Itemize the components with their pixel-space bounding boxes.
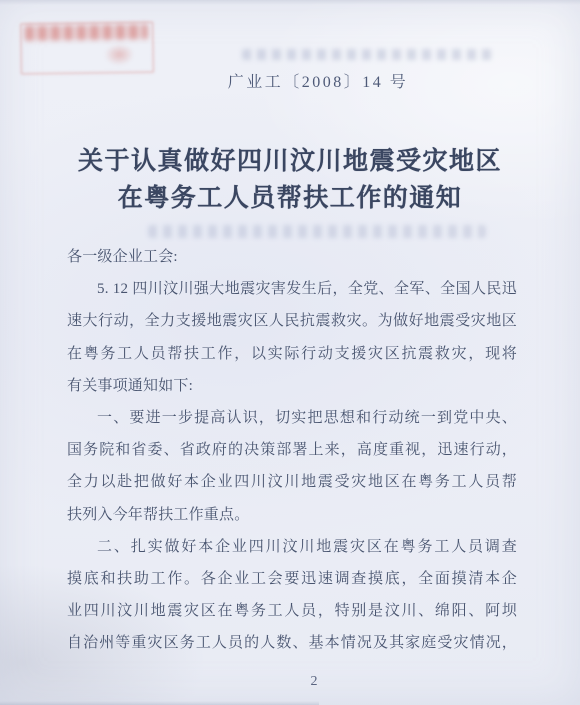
body-text: 各一级企业工会: 5. 12 四川汶川强大地震灾害发生后，全党、全军、全国人民迅…: [67, 241, 517, 660]
body-line: 有关事项通知如下:: [67, 370, 517, 402]
document-page: 广业工〔2008〕14 号 关于认真做好四川汶川地震受灾地区 在粤务工人员帮扶工…: [0, 0, 580, 705]
body-line: 5. 12 四川汶川强大地震灾害发生后，全党、全军、全国人民迅: [67, 273, 517, 305]
body-line: 国务院和省委、省政府的决策部署上来，高度重视，迅速行动，: [67, 434, 517, 466]
document-title-line2: 在粤务工人员帮扶工作的通知: [30, 180, 550, 217]
body-line: 自治州等重灾区务工人员的人数、基本情况及其家庭受灾情况，: [67, 627, 517, 659]
red-stamp: [16, 11, 157, 77]
salutation: 各一级企业工会:: [67, 241, 517, 273]
bleedthrough-mark: [242, 49, 492, 60]
body-line: 二、扎实做好本企业四川汶川地震灾区在粤务工人员调查: [67, 531, 517, 563]
body-line: 摸底和扶助工作。各企业工会要迅速调查摸底，全面摸清本企: [67, 563, 517, 595]
body-line: 一、要进一步提高认识，切实把思想和行动统一到党中央、: [67, 402, 517, 434]
body-line: 在粤务工人员帮扶工作，以实际行动支援灾区抗震救灾，现将: [67, 338, 517, 370]
document-title: 关于认真做好四川汶川地震受灾地区 在粤务工人员帮扶工作的通知: [30, 143, 550, 217]
bleedthrough-mark: [148, 225, 486, 238]
document-number: 广业工〔2008〕14 号: [28, 72, 580, 94]
red-stamp-ink-blot: [104, 43, 134, 65]
body-line: 业四川汶川地震灾区在粤务工人员，特别是汶川、绵阳、阿坝: [67, 595, 517, 627]
page-number: 2: [24, 672, 580, 692]
red-stamp-outline: [20, 21, 155, 75]
scan-edge-bottom: [0, 701, 319, 705]
document-title-line1: 关于认真做好四川汶川地震受灾地区: [30, 143, 550, 180]
body-line: 扶列入今年帮扶工作重点。: [67, 499, 517, 531]
body-line: 速大行动，全力支援地震灾区人民抗震救灾。为做好地震受灾地区: [67, 305, 517, 337]
body-line: 全力以赴把做好本企业四川汶川地震受灾地区在粤务工人员帮: [67, 466, 517, 498]
scan-edge-top: [0, 0, 580, 5]
